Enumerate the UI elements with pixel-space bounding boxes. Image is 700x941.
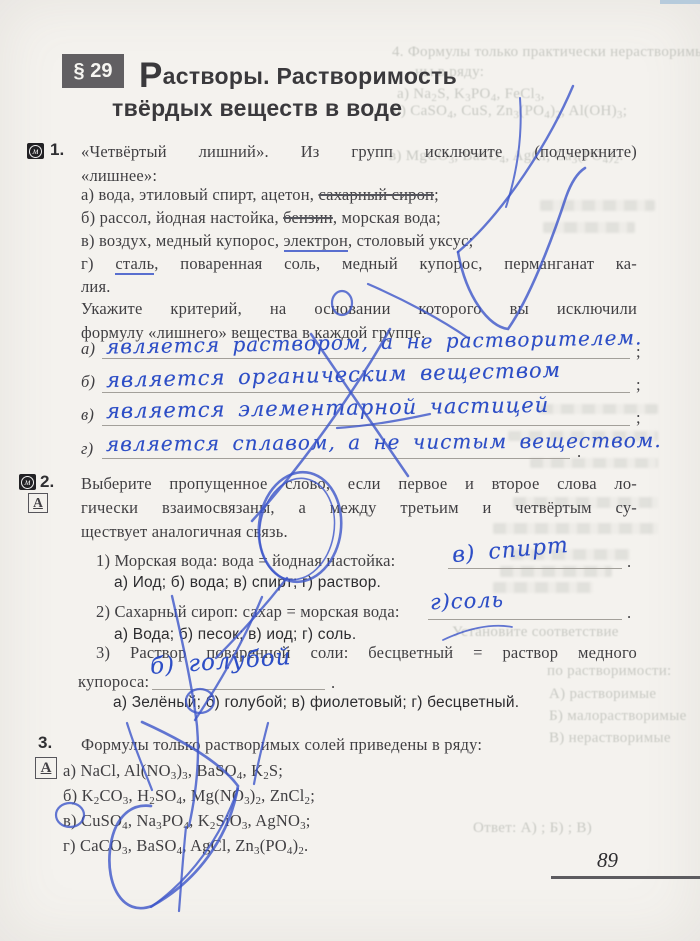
ghost-line: Б) малорастворимые	[549, 708, 687, 725]
title-dropcap: Р	[139, 56, 163, 95]
method-badge-icon: м	[19, 474, 36, 490]
pen-underlined-word: сталь	[115, 254, 154, 275]
ghost-smudge	[540, 200, 655, 211]
task1-intro-line1: «Четвёртый лишний». Из групп исключите (…	[81, 140, 637, 164]
handwritten-answer-q2: г)соль	[430, 588, 505, 615]
page-number: 89	[597, 848, 618, 873]
task1-item-b: б) рассол, йодная настойка, бензин, морс…	[81, 206, 441, 230]
task1-item-a: а) вода, этиловый спирт, ацетон, сахарны…	[81, 183, 439, 207]
task1-item-v: в) воздух, медный купорос, электрон, сто…	[81, 229, 473, 253]
handwritten-answer-v: является элементарной частицей	[106, 393, 550, 423]
page-title-line2: твёрдых веществ в воде	[112, 95, 402, 122]
task2-intro-line1: Выберите пропущенное слово, если первое …	[81, 472, 637, 496]
ghost-line: В) нерастворимые	[549, 730, 671, 747]
task2-q3-options: а) Зелёный; б) голубой; в) фиолетовый; г…	[113, 694, 519, 712]
task2-q3-tail: .	[331, 671, 335, 695]
task2-q1-options: а) Иод; б) вода; в) спирт; г) раствор.	[114, 574, 381, 592]
ghost-smudge	[543, 222, 635, 233]
task2-number: 2.	[40, 472, 54, 492]
method-badge-icon: м	[27, 143, 44, 159]
ghost-line: Установите соответствие	[452, 624, 619, 641]
task2-q1-stem: 1) Морская вода: вода = йодная настойка:	[96, 549, 395, 573]
answer-tail-v: ;	[636, 406, 641, 430]
answer-line	[102, 457, 570, 459]
task2-q1-tail: .	[627, 550, 631, 574]
task2-intro-line3: ществует аналогичная связь.	[81, 520, 288, 544]
page-title-line1: Растворы. Растворимость	[139, 56, 457, 96]
answer-label-v: в)	[81, 403, 94, 427]
answer-tail-b: ;	[636, 373, 641, 397]
task2-intro-line2: гически взаимосвязаны, а между третьим и…	[81, 496, 637, 520]
workbook-page: 4. Формулы только практически нераствори…	[0, 0, 700, 941]
level-a-badge-icon: А	[28, 493, 48, 513]
answer-line	[448, 567, 622, 569]
ghost-smudge	[493, 523, 658, 534]
answer-tail-a: ;	[636, 340, 641, 364]
struck-word: сахарный сироп	[318, 185, 434, 204]
ghost-line: б) CaSO4, CuS, Zn3(PO4)2, Al(OH)3;	[393, 103, 627, 121]
answer-tail-g: .	[577, 440, 581, 464]
task1-criteria-line1: Укажите критерий, на основании которого …	[81, 297, 637, 321]
task1-item-g-wrap: лия.	[81, 275, 111, 299]
section-badge: § 29	[62, 54, 124, 88]
answer-line	[428, 618, 622, 620]
task2-q3-stem-line2: купороса:	[78, 670, 149, 694]
task1-number: 1.	[50, 140, 64, 160]
ghost-line: по растворимости:	[547, 663, 672, 680]
pen-underlined-word: электрон	[284, 231, 348, 252]
struck-word: бензин	[283, 208, 333, 227]
answer-label-a: а)	[81, 337, 95, 361]
handwritten-answer-q1: в) спирт	[451, 533, 570, 568]
answer-line	[102, 424, 630, 426]
ghost-smudge	[493, 582, 593, 593]
answer-line	[102, 391, 630, 393]
footer-rule	[551, 876, 700, 879]
task3-number: 3.	[38, 733, 52, 753]
task3-row-g: г) CaCO3, BaSO4, AgCl, Zn3(PO4)2.	[63, 834, 308, 863]
ghost-line: Ответ: А) ; Б) ; В)	[473, 820, 592, 837]
scan-artifact-strip	[660, 0, 700, 4]
answer-line	[152, 688, 325, 690]
ghost-smudge	[530, 458, 658, 468]
answer-label-g: г)	[81, 437, 93, 461]
answer-label-b: б)	[81, 370, 95, 394]
ghost-line: А) растворимые	[549, 686, 656, 703]
task1-item-g: г) сталь, поваренная соль, медный купоро…	[81, 252, 637, 276]
task2-q2-stem: 2) Сахарный сироп: сахар = морская вода:	[96, 600, 400, 624]
task3-intro: Формулы только растворимых солей приведе…	[81, 733, 482, 757]
level-a-badge-icon: А	[35, 757, 57, 779]
handwritten-answer-b: является органическим веществом	[106, 358, 562, 392]
task2-q2-tail: .	[627, 601, 631, 625]
